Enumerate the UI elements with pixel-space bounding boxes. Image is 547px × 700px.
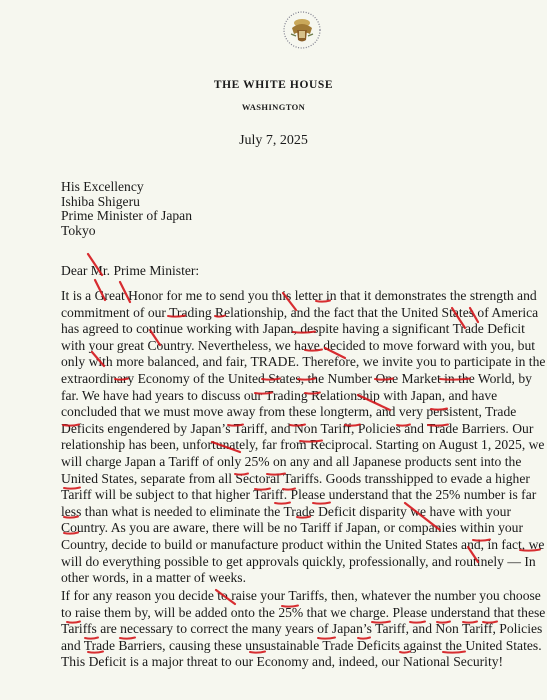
recipient-line: His Excellency [61,180,192,195]
letter-date: July 7, 2025 [0,133,547,149]
body-line: This Deficit is a major threat to our Ec… [61,654,543,671]
body-line: less than what is needed to eliminate th… [61,504,543,521]
body-line: United States, separate from all Sectora… [61,471,543,488]
body-line: will charge Japan a Tariff of only 25% o… [61,454,543,471]
body-line: Tariffs are necessary to correct the man… [61,621,543,638]
presidential-seal-icon [282,10,322,50]
body-line: concluded that we must move away from th… [61,404,543,421]
body-line: other words, in a matter of weeks. [61,570,543,587]
recipient-address: His Excellency Ishiba Shigeru Prime Mini… [61,180,192,238]
recipient-line: Ishiba Shigeru [61,195,192,210]
body-line: Deficits engendered by Japan’s Tariff, a… [61,421,543,438]
letterhead-subtitle: WASHINGTON [0,102,547,112]
body-line: commitment of our Trading Relationship, … [61,305,543,322]
salutation: Dear Mr. Prime Minister: [61,263,199,279]
body-line: It is a Great Honor for me to send you t… [61,288,543,305]
body-line: has agreed to continue working with Japa… [61,321,543,338]
body-paragraph-2: If for any reason you decide to raise yo… [61,588,543,671]
body-line: and Trade Barriers, causing these unsust… [61,638,543,655]
body-line: extraordinary Economy of the United Stat… [61,371,543,388]
body-line: to raise them by, will be added onto the… [61,605,543,622]
recipient-line: Tokyo [61,224,192,239]
body-line: Country. As you are aware, there will be… [61,520,543,537]
body-line: If for any reason you decide to raise yo… [61,588,543,605]
body-paragraph-1: It is a Great Honor for me to send you t… [61,288,543,587]
body-line: far. We have had years to discuss our Tr… [61,388,543,405]
body-line: with your great Country. Nevertheless, w… [61,338,543,355]
body-line: Tariff will be subject to that higher Ta… [61,487,543,504]
recipient-line: Prime Minister of Japan [61,209,192,224]
letter-page: THE WHITE HOUSE WASHINGTON July 7, 2025 … [0,0,547,700]
body-line: relationship has been, unfortunately, fa… [61,437,543,454]
body-line: only with more balanced, and fair, TRADE… [61,354,543,371]
letterhead-title: THE WHITE HOUSE [0,79,547,91]
body-line: will do everything possible to get appro… [61,554,543,571]
body-line: Country, decide to build or manufacture … [61,537,543,554]
